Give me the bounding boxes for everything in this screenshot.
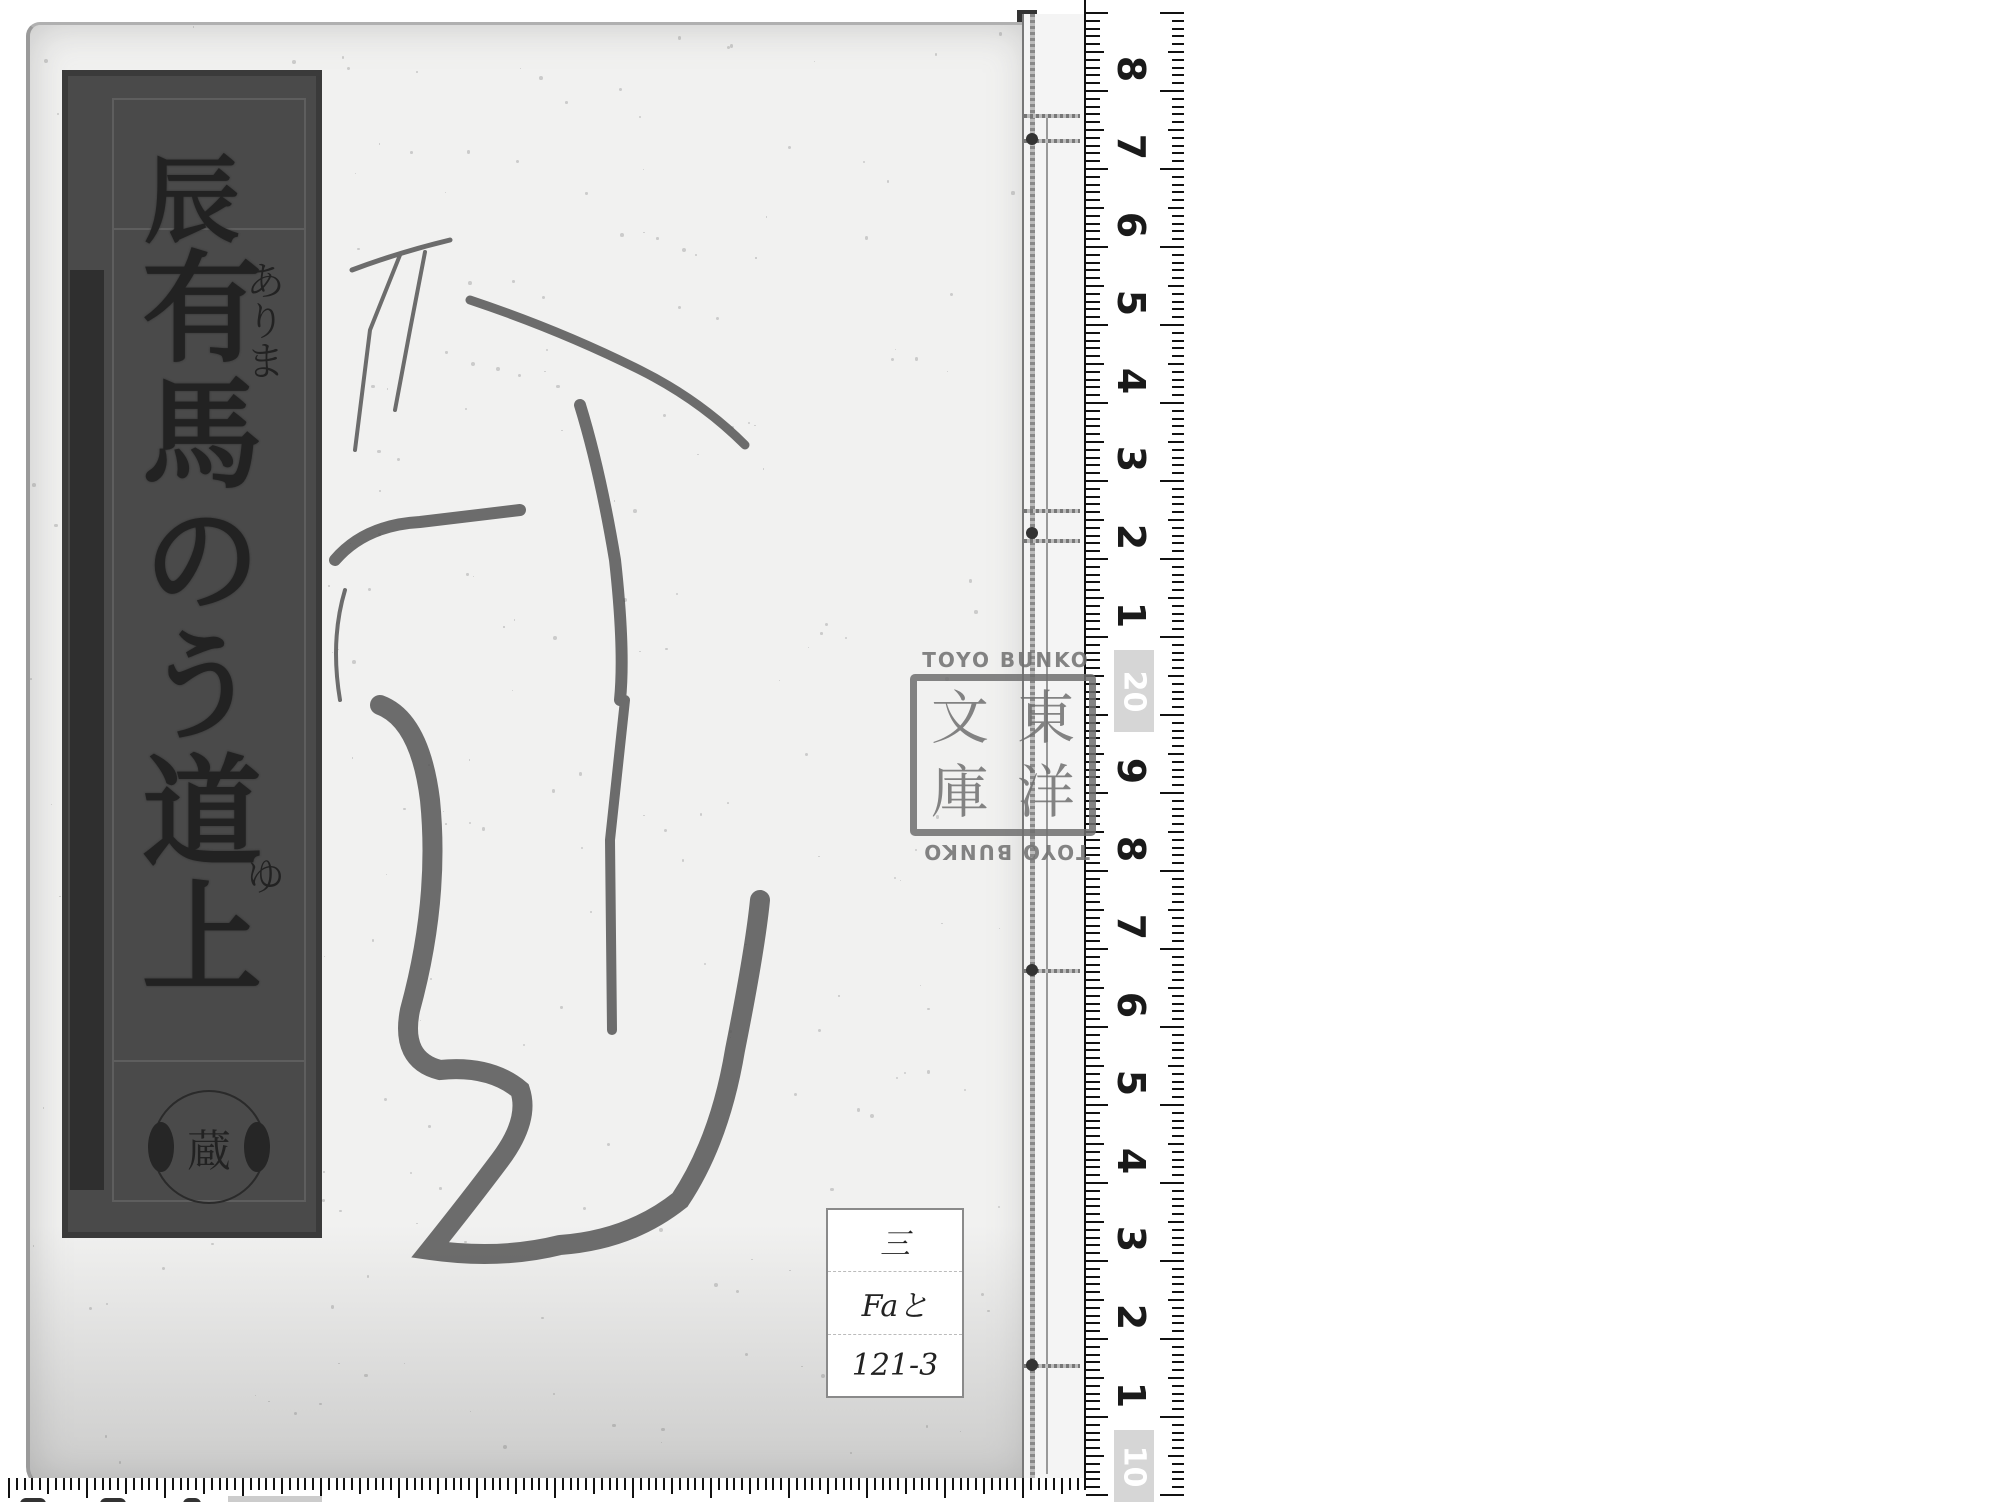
ruler-tick [585, 1478, 587, 1490]
ruler-tick [1172, 98, 1184, 100]
ruler-tick [1172, 332, 1184, 334]
paper-speck [368, 588, 371, 591]
ruler-tick [1168, 909, 1184, 911]
paper-speck [808, 647, 809, 648]
ruler-tick [1172, 1252, 1184, 1254]
ruler-tick [1086, 940, 1100, 942]
paper-speck [656, 237, 659, 240]
paper-speck [643, 232, 645, 234]
ruler-tick [1172, 1315, 1184, 1317]
ruler-tick [1160, 90, 1184, 92]
ruler-tick [1172, 535, 1184, 537]
paper-speck [697, 454, 699, 456]
ruler-tick [1172, 847, 1184, 849]
ruler-tick [312, 1478, 314, 1490]
ruler-tick [1172, 1307, 1184, 1309]
paper-speck [745, 944, 747, 946]
ruler-tick [507, 1478, 509, 1490]
ruler-tick [1172, 1330, 1184, 1332]
ruler-tick [1086, 137, 1100, 139]
ruler-tick [1086, 1159, 1100, 1161]
paper-speck [981, 1293, 984, 1296]
paper-speck [619, 88, 622, 91]
paper-speck [512, 280, 515, 283]
ruler-tick [1086, 1221, 1104, 1223]
paper-speck [891, 358, 894, 361]
ruler-tick [967, 1478, 969, 1490]
paper-speck [620, 233, 624, 237]
paper-speck [664, 829, 667, 832]
paper-speck [443, 811, 444, 812]
ruler-tick [1086, 1003, 1100, 1005]
ruler-tick [1172, 152, 1184, 154]
paper-speck [416, 71, 418, 73]
ruler-badge-10: 10 [1114, 1430, 1154, 1502]
ruler-tick [1086, 1447, 1100, 1449]
ruler-tick [1168, 129, 1184, 131]
badge-text: 10 [1117, 1445, 1152, 1487]
ruler-tick [1172, 550, 1184, 552]
digit-fragment [100, 1498, 126, 1502]
ruler-tick [1168, 753, 1184, 755]
paper-speck [30, 678, 32, 680]
ruler-tick [1172, 82, 1184, 84]
ruler-tick [1172, 67, 1184, 69]
ruler-tick [1168, 207, 1184, 209]
ruler-tick [905, 1478, 907, 1494]
ruler-tick [1086, 121, 1100, 123]
ruler-tick [1086, 106, 1100, 108]
ruler-tick [1172, 940, 1184, 942]
ruler-tick [624, 1478, 626, 1490]
ruler-tick [1172, 1135, 1184, 1137]
ruler-tick [1172, 1127, 1184, 1129]
binding-knot [1026, 1359, 1038, 1371]
ruler-tick [1086, 74, 1100, 76]
paper-speck [998, 1206, 1000, 1208]
ruler-tick [390, 1478, 392, 1490]
ruler-tick [1172, 472, 1184, 474]
ruler-tick [1172, 199, 1184, 201]
ruler-tick [1086, 1143, 1104, 1145]
ruler-tick [1160, 636, 1184, 638]
ruler-tick [1086, 168, 1108, 170]
ruler-tick [1172, 722, 1184, 724]
ruler-tick [1172, 979, 1184, 981]
paper-speck [43, 1107, 44, 1108]
paper-speck [323, 1171, 325, 1173]
paper-speck [583, 1207, 586, 1210]
ruler-tick [1172, 1237, 1184, 1239]
book-title: 有馬のう道上 [128, 245, 256, 1001]
paper-speck [339, 1210, 341, 1212]
ruler-tick [1172, 581, 1184, 583]
ruler-tick [1160, 1104, 1184, 1106]
ruler-tick [24, 1478, 26, 1490]
ruler-tick [1168, 675, 1184, 677]
ruler-tick [1086, 457, 1100, 459]
ruler-tick [320, 1478, 322, 1498]
paper-speck [805, 753, 808, 756]
ruler-tick [1086, 1463, 1100, 1465]
paper-speck [887, 180, 889, 182]
ruler-tick [1172, 121, 1184, 123]
paper-speck [633, 509, 637, 513]
paper-speck [514, 619, 516, 621]
paper-speck [838, 995, 839, 996]
ruler-tick [1168, 987, 1184, 989]
ruler-tick [1086, 98, 1100, 100]
paper-speck [471, 362, 475, 366]
paper-speck [350, 543, 351, 544]
ruler-tick [1086, 215, 1100, 217]
ruler-tick [1172, 293, 1184, 295]
ruler-tick [1086, 433, 1100, 435]
paper-speck [727, 802, 729, 804]
ruler-tick [367, 1478, 369, 1490]
ruler-tick [1086, 230, 1100, 232]
binding-thread [1024, 509, 1080, 513]
ruler-tick [531, 1478, 533, 1490]
ruler-tick [1086, 355, 1100, 357]
ruler-tick [1172, 254, 1184, 256]
ruler-tick [1172, 20, 1184, 22]
ruler-tick [1045, 1478, 1047, 1490]
ruler-tick [304, 1478, 306, 1490]
paper-speck [639, 651, 641, 653]
ruler-number: 3 [1109, 1216, 1153, 1262]
binding-thread [1024, 114, 1080, 118]
ruler-tick [538, 1478, 540, 1490]
ruler-tick [1172, 308, 1184, 310]
paper-speck [755, 257, 756, 258]
paper-speck [623, 598, 627, 602]
ruler-tick [1086, 886, 1100, 888]
ruler-tick [1172, 1447, 1184, 1449]
ruler-tick [187, 1478, 189, 1490]
paper-speck [379, 490, 381, 492]
ruler-tick [975, 1478, 977, 1490]
ruler-tick [133, 1478, 135, 1490]
ruler-tick [1086, 1276, 1100, 1278]
paper-speck [661, 1428, 665, 1432]
ruler-tick [1168, 831, 1184, 833]
ruler-tick [1172, 1322, 1184, 1324]
ruler-tick [1172, 230, 1184, 232]
ruler-tick [1172, 1369, 1184, 1371]
ruler-tick [1172, 176, 1184, 178]
ruler-tick [1172, 1439, 1184, 1441]
ruler-tick [1172, 316, 1184, 318]
ruler-tick [1086, 932, 1100, 934]
ruler-tick [499, 1478, 501, 1490]
paper-speck [661, 1442, 662, 1443]
ruler-number: 8 [1109, 46, 1153, 92]
ruler-tick [1172, 1213, 1184, 1215]
ruler-tick [250, 1478, 252, 1490]
ruler-tick [125, 1478, 127, 1494]
ruler-tick [952, 1478, 954, 1490]
ruler-tick [421, 1478, 423, 1490]
ruler-tick [562, 1478, 564, 1490]
ruler-tick [1172, 355, 1184, 357]
ruler-tick [1086, 1205, 1100, 1207]
ruler-tick [1069, 1478, 1071, 1490]
paper-speck [607, 1143, 610, 1146]
ruler-tick [1172, 691, 1184, 693]
paper-speck [387, 388, 388, 389]
ruler-tick [1172, 1346, 1184, 1348]
ruler-tick [1086, 464, 1100, 466]
ruler-tick [1160, 714, 1184, 716]
ruler-tick [882, 1478, 884, 1490]
paper-speck [794, 1093, 797, 1096]
ruler-tick [1160, 558, 1184, 560]
ruler-tick [1172, 457, 1184, 459]
paper-speck [482, 827, 485, 830]
label-number: 121-3 [828, 1335, 962, 1396]
paper-speck [935, 53, 938, 56]
ruler-tick [1172, 854, 1184, 856]
paper-speck [445, 823, 447, 825]
paper-speck [825, 623, 829, 627]
ruler-tick [1086, 191, 1100, 193]
ruler-tick [811, 1478, 813, 1490]
ruler-tick [741, 1478, 743, 1490]
ruler-tick [609, 1478, 611, 1490]
paper-speck [44, 59, 48, 63]
ruler-tick [1086, 223, 1100, 225]
ruler-tick [1086, 1338, 1108, 1340]
ruler-tick [1030, 1478, 1032, 1490]
paper-speck [915, 357, 919, 361]
paper-speck [766, 216, 768, 218]
paper-speck [428, 764, 430, 766]
ruler-tick [55, 1478, 57, 1490]
ruler-tick [1086, 277, 1100, 279]
paper-speck [969, 579, 973, 583]
paper-speck [54, 524, 57, 527]
ruler-tick [1172, 659, 1184, 661]
paper-speck [324, 956, 325, 957]
paper-speck [999, 928, 1000, 929]
ruler-tick [258, 1478, 260, 1490]
ruler-tick [1086, 1330, 1100, 1332]
paper-speck [941, 923, 942, 924]
paper-speck [927, 1070, 930, 1073]
ruler-tick [164, 1478, 166, 1498]
paper-speck [503, 1445, 507, 1449]
ruler-tick [1172, 1096, 1184, 1098]
ruler-number: 4 [1109, 1138, 1153, 1184]
ruler-tick [63, 1478, 65, 1490]
ruler-tick [1086, 1127, 1100, 1129]
ruler-tick [242, 1478, 244, 1498]
ruler-tick [1086, 1260, 1108, 1262]
ruler-tick [1086, 870, 1108, 872]
ruler-tick [1086, 402, 1108, 404]
stamp-char: 庫 [917, 755, 1003, 829]
ruler-tick [663, 1478, 665, 1490]
paper-speck [59, 896, 61, 898]
ruler-tick [1172, 223, 1184, 225]
ruler-tick [1086, 566, 1100, 568]
ruler-tick [460, 1478, 462, 1490]
paper-speck [676, 593, 679, 596]
paper-speck [964, 1089, 966, 1091]
paper-speck [779, 680, 780, 681]
paper-speck [896, 1077, 898, 1079]
ruler-tick [1168, 441, 1184, 443]
ruler-tick [203, 1478, 205, 1494]
ruler-tick [1086, 1400, 1100, 1402]
ruler-number: 5 [1109, 280, 1153, 326]
paper-speck [523, 1044, 525, 1046]
ruler-tick [1172, 1018, 1184, 1020]
ruler-tick [819, 1478, 821, 1490]
ruler-tick [1172, 1034, 1184, 1036]
ruler-tick [921, 1478, 923, 1490]
ruler-tick [1160, 246, 1184, 248]
ruler-tick [1086, 347, 1100, 349]
ruler-tick [1160, 168, 1184, 170]
ruler-tick [70, 1478, 72, 1490]
ruler-tick [1084, 1478, 1086, 1490]
ruler-tick [1172, 1229, 1184, 1231]
paper-speck [556, 385, 560, 389]
ruler-tick [1086, 628, 1100, 630]
ruler-tick [375, 1478, 377, 1490]
ruler-tick [1160, 870, 1184, 872]
ruler-tick [1086, 1471, 1100, 1473]
ruler-tick [1172, 1276, 1184, 1278]
ruler-tick [601, 1478, 603, 1490]
ruler-tick [897, 1478, 899, 1490]
stamp-char: 洋 [1003, 755, 1089, 829]
ruler-tick [1086, 1361, 1100, 1363]
ruler-tick [1172, 784, 1184, 786]
paper-speck [895, 349, 896, 350]
ruler-tick [780, 1478, 782, 1490]
ruler-tick [1086, 503, 1100, 505]
paper-speck [678, 36, 682, 40]
ruler-tick [1086, 574, 1100, 576]
ruler-tick [1172, 815, 1184, 817]
paper-speck [397, 458, 400, 461]
ruler-number: 1 [1109, 592, 1153, 638]
ruler-tick [1086, 410, 1100, 412]
ruler-tick [47, 1478, 49, 1494]
paper-speck [89, 1307, 92, 1310]
ruler-tick [1172, 620, 1184, 622]
ruler-tick [1086, 1120, 1100, 1122]
ruler-tick [640, 1478, 642, 1490]
ruler-tick [1172, 59, 1184, 61]
ruler-tick [1172, 386, 1184, 388]
paper-speck [730, 44, 733, 47]
ruler-tick [1168, 1143, 1184, 1145]
ruler-tick [1086, 1096, 1100, 1098]
binding-knot [1026, 964, 1038, 976]
ruler-tick [281, 1478, 283, 1494]
ruler-number: 9 [1109, 748, 1153, 794]
paper-speck [520, 68, 521, 69]
paper-speck [845, 637, 847, 639]
ruler-tick [1172, 347, 1184, 349]
ruler-tick [1086, 987, 1104, 989]
ruler-tick [648, 1478, 650, 1490]
ruler-tick [1172, 379, 1184, 381]
ruler-tick [1086, 301, 1100, 303]
paper-speck [801, 1366, 802, 1367]
ruler-tick [1086, 971, 1100, 973]
ruler-tick [765, 1478, 767, 1490]
ruler-tick [1172, 371, 1184, 373]
ruler-tick [1086, 1408, 1100, 1410]
paper-speck [552, 789, 555, 792]
ruler-tick [1160, 1338, 1184, 1340]
ruler-tick [1086, 917, 1100, 919]
ruler-tick [1172, 215, 1184, 217]
ruler-tick [913, 1478, 915, 1490]
paper-speck [464, 1241, 466, 1243]
ruler-tick [1172, 1244, 1184, 1246]
ruler-tick [1086, 441, 1104, 443]
paper-speck [663, 414, 666, 417]
ruler-tick [928, 1478, 930, 1490]
paper-speck [338, 649, 339, 650]
ruler-tick [1168, 51, 1184, 53]
ruler-tick [1172, 823, 1184, 825]
paper-speck [322, 1199, 325, 1202]
paper-speck [352, 660, 356, 664]
ruler-tick [749, 1478, 751, 1494]
ruler-tick [1168, 597, 1184, 599]
paper-speck [445, 351, 447, 353]
ruler-tick [523, 1478, 525, 1490]
paper-speck [372, 939, 375, 942]
ruler-tick [1086, 948, 1108, 950]
ruler-tick [1086, 535, 1100, 537]
ruler-tick [1172, 964, 1184, 966]
paper-speck [678, 306, 681, 309]
paper-speck [357, 248, 360, 251]
ruler-tick [1086, 1369, 1100, 1371]
ruler-tick [1086, 1283, 1100, 1285]
ruler-tick [577, 1478, 579, 1490]
ruler-tick [1172, 1205, 1184, 1207]
publisher-seal: 蔵 [152, 1090, 266, 1204]
ruler-tick [1086, 425, 1100, 427]
ruler-tick [289, 1478, 291, 1490]
ruler-tick [1172, 1268, 1184, 1270]
ruler-tick [1172, 464, 1184, 466]
stamp-char: 東 [1003, 681, 1089, 755]
ruler-tick [211, 1478, 213, 1490]
paper-speck [974, 610, 978, 614]
ruler-tick [1172, 886, 1184, 888]
paper-speck [820, 632, 823, 635]
ruler-tick [1053, 1478, 1055, 1490]
paper-speck [788, 146, 791, 149]
ruler-tick [1086, 324, 1108, 326]
ruler-tick [16, 1478, 18, 1490]
paper-speck [830, 1188, 834, 1192]
ruler-tick [1086, 893, 1100, 895]
paper-speck [539, 76, 543, 80]
ruler-tick [710, 1478, 712, 1498]
paper-speck [814, 61, 815, 62]
